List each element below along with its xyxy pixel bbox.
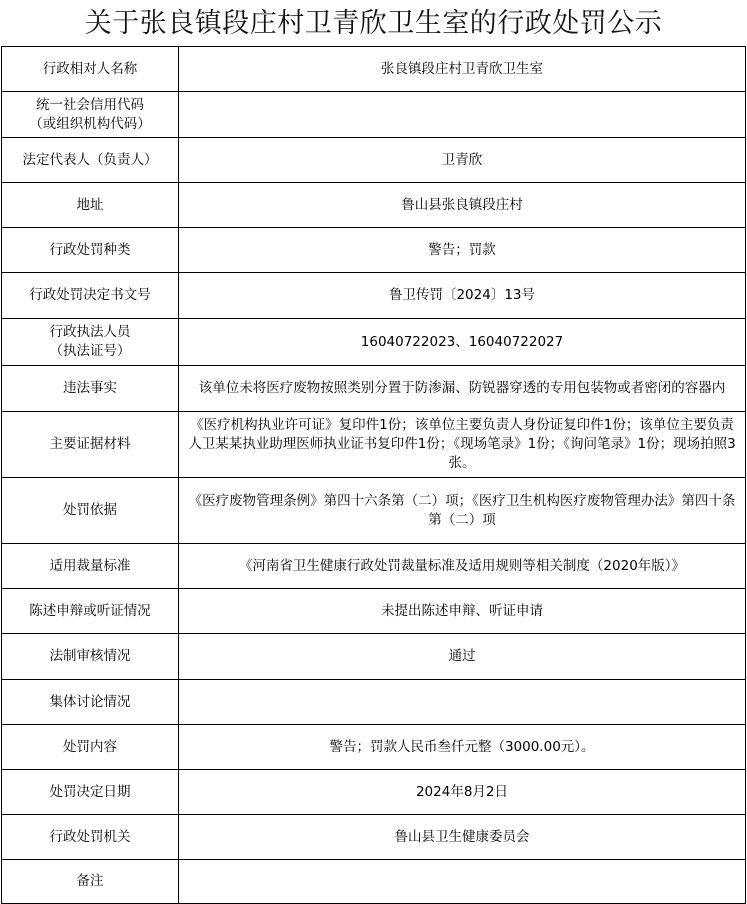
table-row: 法定代表人（负责人）卫青欣 — [2, 138, 746, 183]
table-row: 违法事实该单位未将医疗废物按照类别分置于防渗漏、防锐器穿透的专用包装物或者密闭的… — [2, 366, 746, 412]
row-value: 2024年8月2日 — [179, 770, 746, 815]
row-label: 行政处罚机关 — [2, 815, 179, 860]
table-row: 处罚内容警告；罚款人民币叁仟元整（3000.00元）。 — [2, 725, 746, 770]
table-row: 行政处罚决定书文号鲁卫传罚〔2024〕13号 — [2, 273, 746, 319]
table-row: 法制审核情况通过 — [2, 634, 746, 680]
table-row: 备注 — [2, 860, 746, 904]
row-label: 法定代表人（负责人） — [2, 138, 179, 183]
row-value: 16040722023、16040722027 — [179, 319, 746, 366]
row-label: 行政处罚种类 — [2, 228, 179, 273]
row-label: 集体讨论情况 — [2, 680, 179, 725]
row-label: 主要证据材料 — [2, 412, 179, 478]
row-value: 通过 — [179, 634, 746, 680]
table-row: 主要证据材料《医疗机构执业许可证》复印件1份；该单位主要负责人身份证复印件1份；… — [2, 412, 746, 478]
table-row: 地址鲁山县张良镇段庄村 — [2, 183, 746, 228]
row-value: 警告；罚款人民币叁仟元整（3000.00元）。 — [179, 725, 746, 770]
row-label: 处罚依据 — [2, 478, 179, 544]
row-value — [179, 92, 746, 138]
table-row: 处罚决定日期2024年8月2日 — [2, 770, 746, 815]
table-row: 行政处罚种类警告；罚款 — [2, 228, 746, 273]
table-row: 统一社会信用代码（或组织机构代码） — [2, 92, 746, 138]
row-value: 鲁山县卫生健康委员会 — [179, 815, 746, 860]
row-label: 违法事实 — [2, 366, 179, 412]
table-row: 行政处罚机关鲁山县卫生健康委员会 — [2, 815, 746, 860]
row-label: 法制审核情况 — [2, 634, 179, 680]
table-row: 集体讨论情况 — [2, 680, 746, 725]
row-value: 该单位未将医疗废物按照类别分置于防渗漏、防锐器穿透的专用包装物或者密闭的容器内 — [179, 366, 746, 412]
row-value: 《河南省卫生健康行政处罚裁量标准及适用规则等相关制度（2020年版）》 — [179, 544, 746, 589]
row-value: 警告；罚款 — [179, 228, 746, 273]
row-label: 处罚决定日期 — [2, 770, 179, 815]
row-label: 统一社会信用代码（或组织机构代码） — [2, 92, 179, 138]
row-value: 鲁卫传罚〔2024〕13号 — [179, 273, 746, 319]
row-value — [179, 860, 746, 904]
table-row: 适用裁量标准《河南省卫生健康行政处罚裁量标准及适用规则等相关制度（2020年版）… — [2, 544, 746, 589]
row-label: 适用裁量标准 — [2, 544, 179, 589]
penalty-notice-table: 行政相对人名称张良镇段庄村卫青欣卫生室统一社会信用代码（或组织机构代码）法定代表… — [1, 46, 746, 904]
table-row: 陈述申辩或听证情况未提出陈述申辩、听证申请 — [2, 589, 746, 634]
row-value: 《医疗废物管理条例》第四十六条第（二）项；《医疗卫生机构医疗废物管理办法》第四十… — [179, 478, 746, 544]
row-label: 行政处罚决定书文号 — [2, 273, 179, 319]
table-row: 处罚依据《医疗废物管理条例》第四十六条第（二）项；《医疗卫生机构医疗废物管理办法… — [2, 478, 746, 544]
row-label: 处罚内容 — [2, 725, 179, 770]
table-body: 行政相对人名称张良镇段庄村卫青欣卫生室统一社会信用代码（或组织机构代码）法定代表… — [2, 47, 746, 904]
row-value: 鲁山县张良镇段庄村 — [179, 183, 746, 228]
row-value: 卫青欣 — [179, 138, 746, 183]
row-label: 行政相对人名称 — [2, 47, 179, 92]
row-value: 张良镇段庄村卫青欣卫生室 — [179, 47, 746, 92]
row-label: 地址 — [2, 183, 179, 228]
row-label: 陈述申辩或听证情况 — [2, 589, 179, 634]
row-label: 备注 — [2, 860, 179, 904]
row-label: 行政执法人员（执法证号） — [2, 319, 179, 366]
row-value: 未提出陈述申辩、听证申请 — [179, 589, 746, 634]
page-title: 关于张良镇段庄村卫青欣卫生室的行政处罚公示 — [0, 0, 747, 46]
row-value — [179, 680, 746, 725]
table-row: 行政相对人名称张良镇段庄村卫青欣卫生室 — [2, 47, 746, 92]
row-value: 《医疗机构执业许可证》复印件1份；该单位主要负责人身份证复印件1份；该单位主要负… — [179, 412, 746, 478]
table-row: 行政执法人员（执法证号）16040722023、16040722027 — [2, 319, 746, 366]
